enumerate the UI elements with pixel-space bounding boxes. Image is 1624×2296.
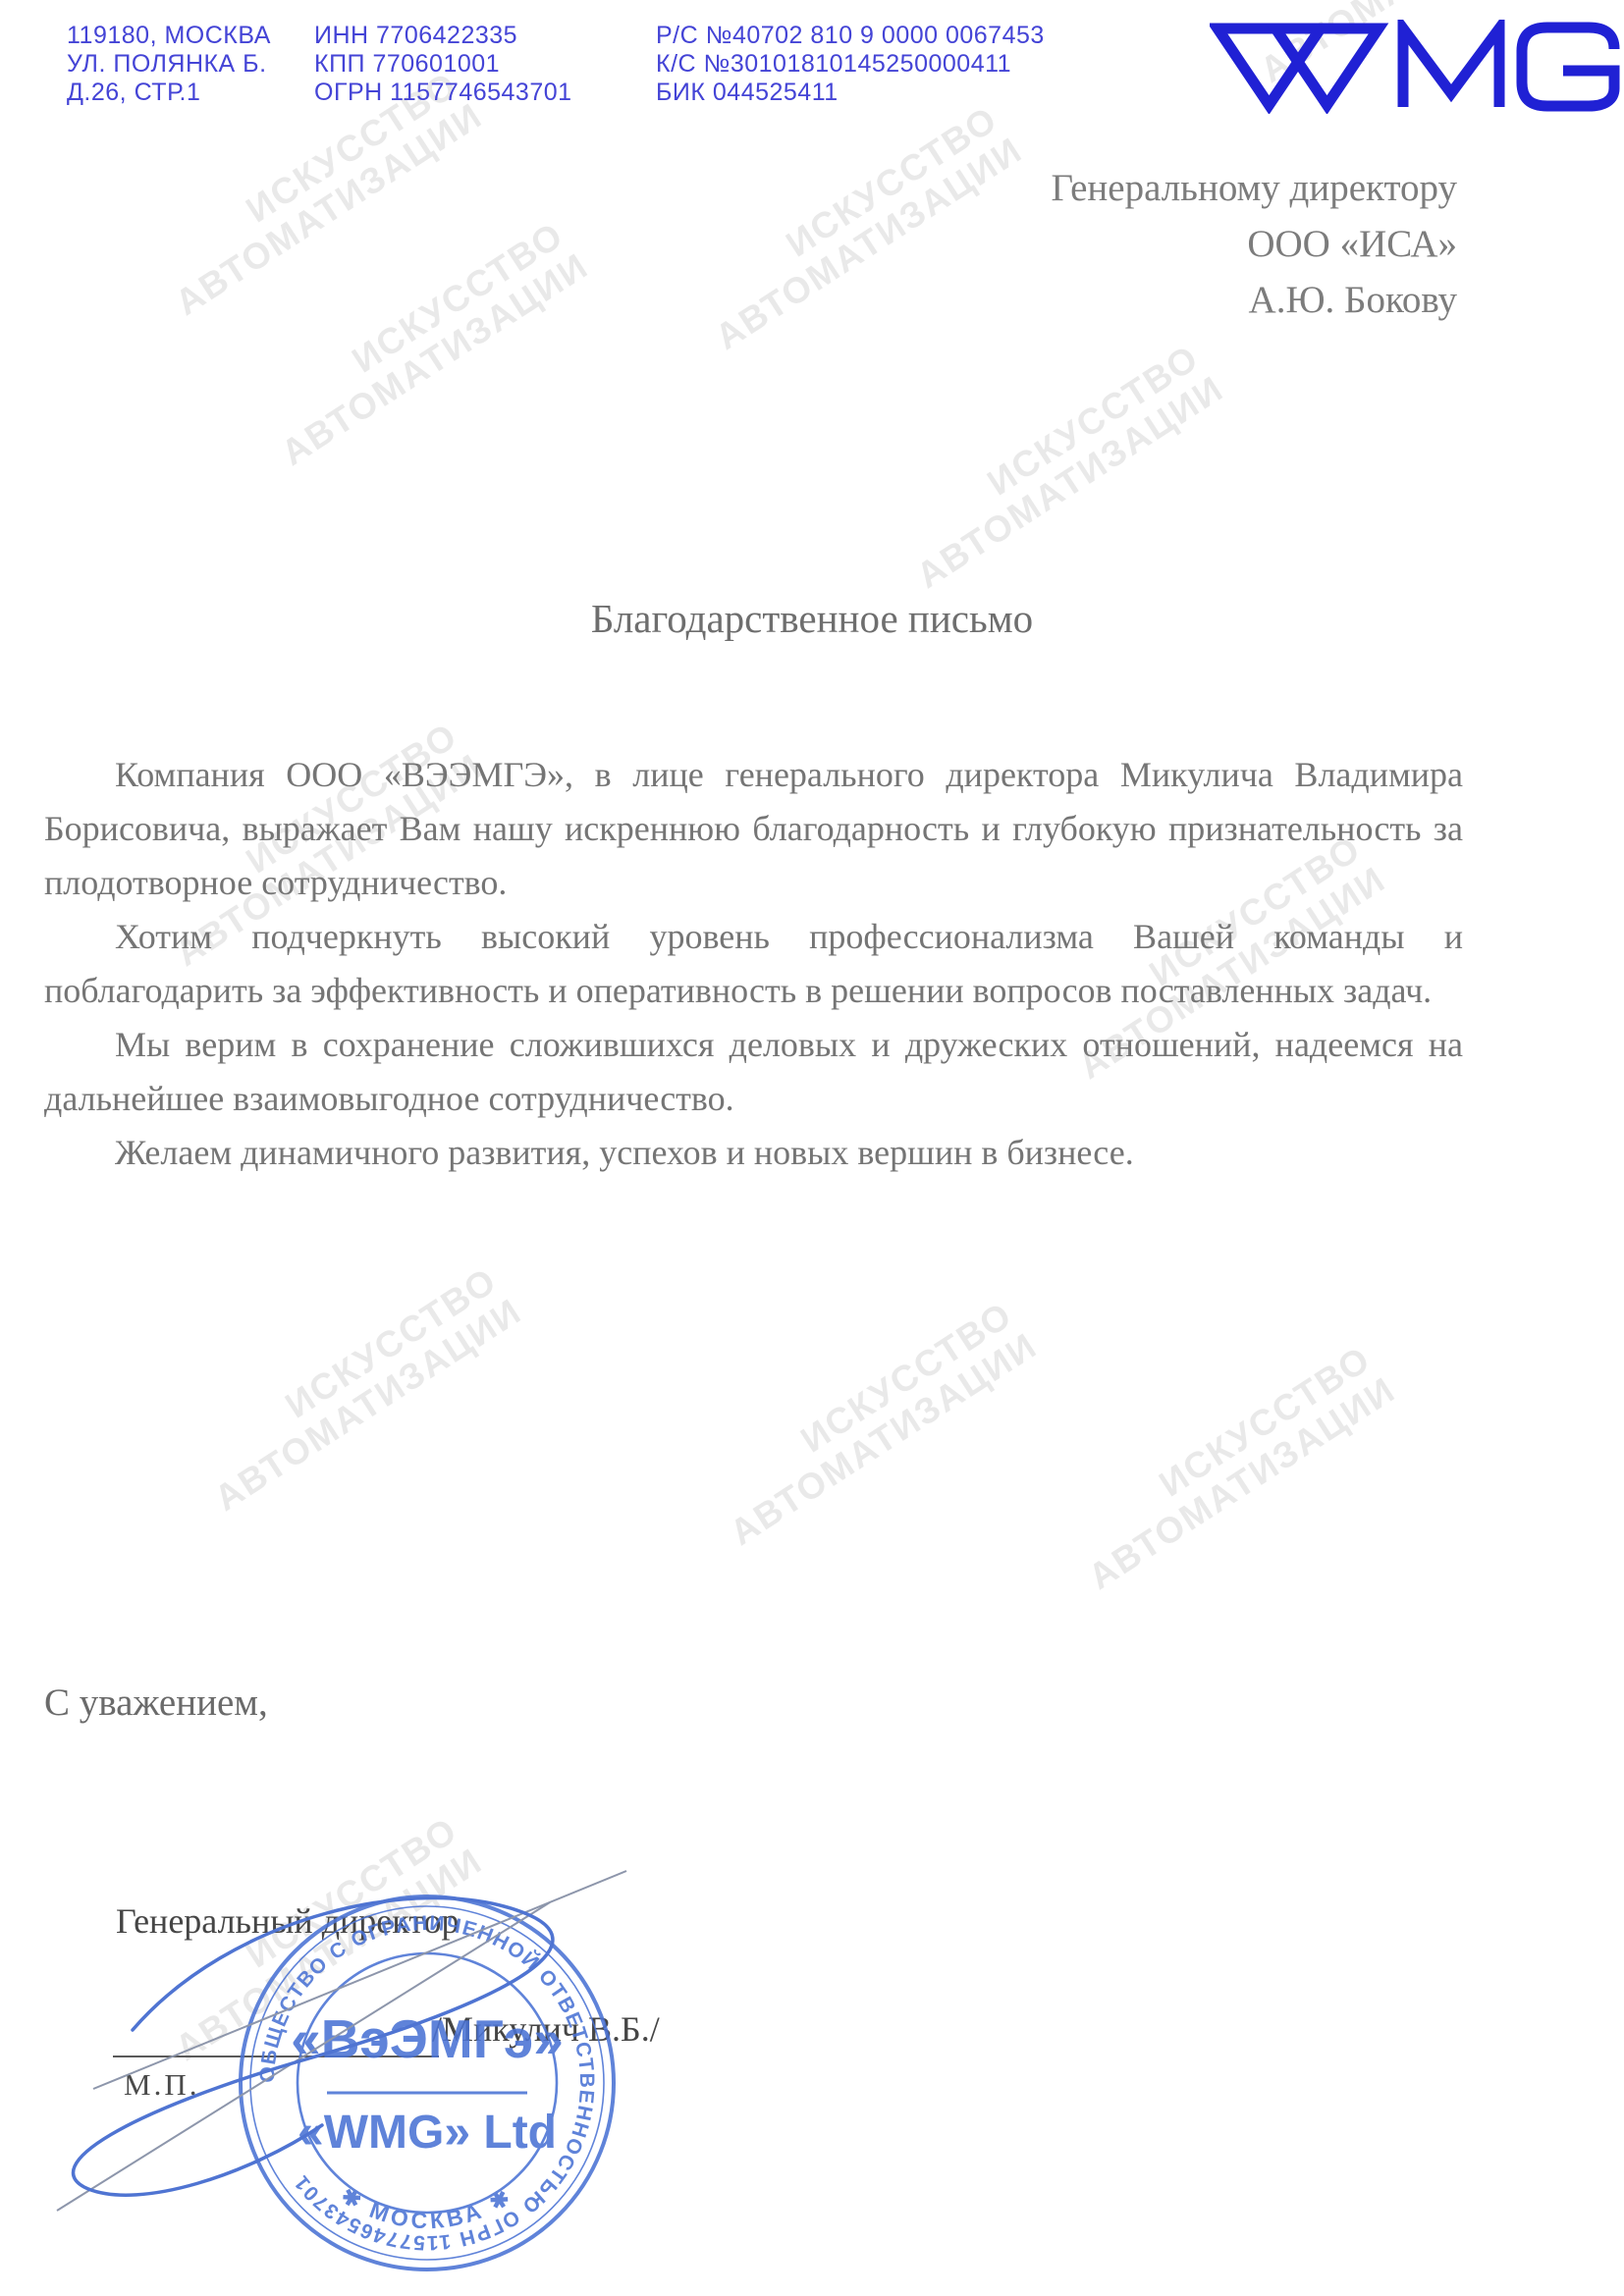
address-line: 119180, МОСКВА [67, 22, 271, 50]
letter-content: 119180, МОСКВА УЛ. ПОЛЯНКА Б. Д.26, СТР.… [0, 0, 1624, 2296]
address-line: УЛ. ПОЛЯНКА Б. [67, 50, 271, 79]
recipient-company: ООО «ИСА» [1052, 216, 1458, 272]
recipient-block: Генеральному директору ООО «ИСА» А.Ю. Бо… [1052, 160, 1458, 328]
letterhead-bank: Р/С №40702 810 9 0000 0067453 К/С №30101… [656, 22, 1045, 107]
paragraph: Желаем динамичного развития, успехов и н… [44, 1126, 1463, 1180]
wmg-logo [1210, 20, 1620, 114]
address-line: Д.26, СТР.1 [67, 79, 271, 107]
letter-body: Компания ООО «ВЭЭМГЭ», в лице генерально… [44, 748, 1463, 1180]
recipient-position: Генеральному директору [1052, 160, 1458, 216]
correspondent-account-line: К/С №30101810145250000411 [656, 50, 1045, 79]
paragraph: Компания ООО «ВЭЭМГЭ», в лице генерально… [44, 748, 1463, 910]
bik-line: БИК 044525411 [656, 79, 1045, 107]
letterhead-address: 119180, МОСКВА УЛ. ПОЛЯНКА Б. Д.26, СТР.… [67, 22, 271, 107]
kpp-line: КПП 770601001 [314, 50, 572, 79]
letter-title: Благодарственное письмо [0, 595, 1624, 642]
settlement-account-line: Р/С №40702 810 9 0000 0067453 [656, 22, 1045, 50]
paragraph: Хотим подчеркнуть высокий уровень профес… [44, 910, 1463, 1018]
regards-text: С уважением, [44, 1681, 268, 1725]
paragraph: Мы верим в сохранение сложившихся деловы… [44, 1018, 1463, 1126]
letter-page: ИСКУССТВОАВТОМАТИЗАЦИИИСКУССТВОАВТОМАТИЗ… [0, 0, 1624, 2296]
recipient-name: А.Ю. Бокову [1052, 272, 1458, 328]
inn-line: ИНН 7706422335 [314, 22, 572, 50]
ogrn-line: ОГРН 1157746543701 [314, 79, 572, 107]
letterhead-registration: ИНН 7706422335 КПП 770601001 ОГРН 115774… [314, 22, 572, 107]
signature-scribble [0, 1816, 746, 2277]
